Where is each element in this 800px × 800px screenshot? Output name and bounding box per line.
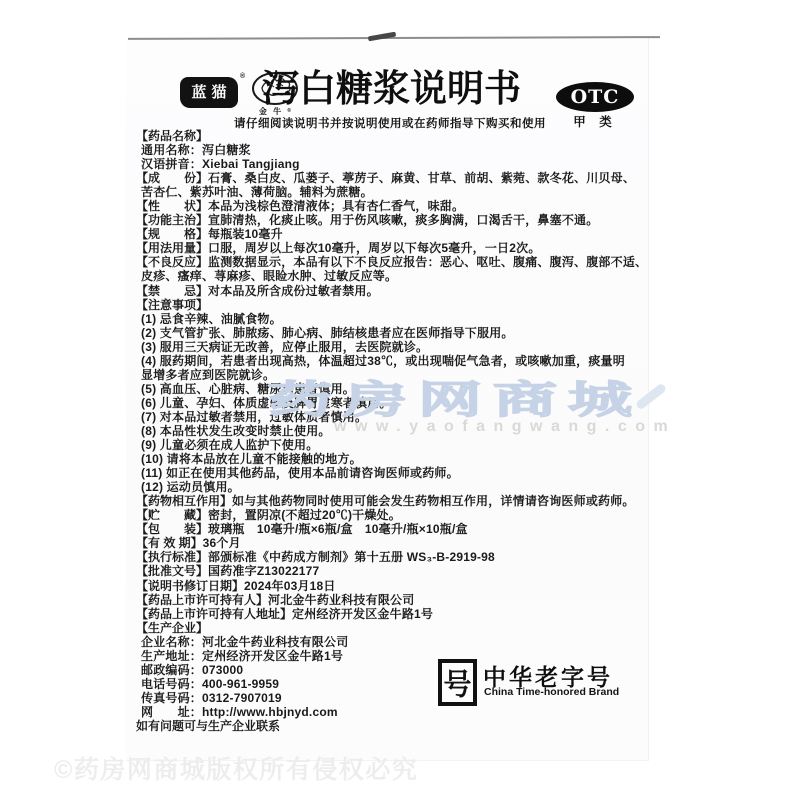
doc-line-header: 如有问题可与生产企业联系 — [136, 719, 280, 733]
doc-line-text: 2024年03月18日 — [244, 579, 336, 593]
doc-line-header: 【性 状】 — [136, 199, 208, 213]
doc-line-header: 【药品上市许可持有人】 — [136, 593, 268, 607]
doc-line-header: 【药品上市许可持有人地址】 — [136, 607, 292, 621]
doc-line: 【生产企业】 — [136, 621, 648, 635]
doc-line: 苦杏仁、紫苏叶油、薄荷脑。辅料为蔗糖。 — [136, 185, 648, 199]
doc-line: 【批准文号】国药准字Z13022177 — [136, 564, 648, 578]
doc-line-text: (5) 高血压、心脏病、糖尿病患者慎用。 — [141, 382, 355, 396]
doc-line-text: (8) 本品性状发生改变时禁止使用。 — [141, 424, 331, 438]
doc-line: 【注意事项】 — [136, 298, 648, 312]
doc-line-text: 电话号码：400-961-9959 — [141, 677, 279, 691]
doc-line-text: 国药准字Z13022177 — [208, 564, 319, 578]
doc-line-header: 【成 份】 — [136, 171, 208, 185]
doc-line-text: (1) 忌食辛辣、油腻食物。 — [141, 312, 282, 326]
doc-line-header: 【执行标准】 — [136, 550, 208, 564]
doc-line-text: (10) 请将本品放在儿童不能接触的地方。 — [141, 452, 362, 466]
doc-line: 【贮 藏】密封，置阴凉(不超过20℃)干燥处。 — [136, 508, 648, 522]
doc-line-text: 河北金牛药业科技有限公司 — [268, 593, 414, 607]
doc-line-text: 口服，周岁以上每次10毫升，周岁以下每次5毫升，一日2次。 — [208, 241, 541, 255]
copyright-watermark: ©药房网商城版权所有侵权必究 — [54, 750, 418, 786]
lanmao-logo: 蓝猫 — [180, 77, 238, 108]
doc-line-text: 对本品及所含成份过敏者禁用。 — [208, 284, 379, 298]
doc-line-header: 【批准文号】 — [136, 564, 208, 578]
doc-line-header: 【有 效 期】 — [136, 536, 203, 550]
doc-line-text: 玻璃瓶 10毫升/瓶×6瓶/盒 10毫升/瓶×10瓶/盒 — [208, 522, 468, 536]
doc-line: 【药品上市许可持有人】河北金牛药业科技有限公司 — [136, 593, 648, 607]
doc-line-header: 【说明书修订日期】 — [136, 579, 244, 593]
doc-line: 【禁 忌】对本品及所含成份过敏者禁用。 — [136, 284, 648, 298]
doc-line-text: 皮疹、瘙痒、荨麻疹、眼睑水肿、过敏反应等。 — [141, 269, 397, 283]
doc-line: 【说明书修订日期】2024年03月18日 — [136, 579, 648, 593]
doc-line-text: (3) 服用三天病证无改善，应停止服用，去医院就诊。 — [141, 340, 428, 354]
doc-line-text: 每瓶装10毫升 — [208, 227, 283, 241]
doc-line: 【有 效 期】36个月 — [136, 536, 648, 550]
doc-line: 通用名称：泻白糖浆 — [136, 143, 648, 157]
lanmao-logo-reg: ® — [240, 73, 245, 80]
doc-line-text: (11) 如正在使用其他药品，使用本品前请咨询医师或药师。 — [141, 466, 459, 480]
doc-line-text: 宣肺清热，化痰止咳。用于伤风咳嗽，痰多胸满，口渴舌干，鼻塞不通。 — [208, 213, 598, 227]
doc-line: (6) 儿童、孕妇、体质虚弱及脾胃虚寒者慎用。 — [136, 396, 648, 410]
doc-line-header: 【药物相互作用】 — [136, 494, 232, 508]
doc-line-text: 密封，置阴凉(不超过20℃)干燥处。 — [208, 508, 401, 522]
seal-glyph: 号 — [443, 662, 471, 704]
page-title: 泻白糖浆说明书 — [262, 66, 524, 112]
doc-line-text: 显增多者应到医院就诊。 — [141, 368, 275, 382]
doc-line-header: 【用法用量】 — [136, 241, 208, 255]
doc-line: (1) 忌食辛辣、油腻食物。 — [136, 312, 648, 326]
doc-line-text: 部颁标准《中药成方制剂》第十五册 WS₃-B-2919-98 — [208, 550, 495, 564]
doc-line-header: 【生产企业】 — [136, 621, 208, 635]
time-honored-brand-en: China Time-honored Brand — [484, 686, 619, 698]
doc-line: (9) 儿童必须在成人监护下使用。 — [136, 438, 648, 452]
doc-line-text: (4) 服药期间，若患者出现高热，体温超过38℃，或出现喘促气急者，或咳嗽加重，… — [141, 354, 625, 368]
doc-line: 【不良反应】监测数据显示，本品有以下不良反应报告：恶心、呕吐、腹痛、腹泻、腹部不… — [136, 255, 648, 269]
doc-line-text: (2) 支气管扩张、肺脓疡、肺心病、肺结核患者应在医师指导下服用。 — [141, 326, 514, 340]
doc-line-text: (6) 儿童、孕妇、体质虚弱及脾胃虚寒者慎用。 — [141, 396, 392, 410]
doc-line: (10) 请将本品放在儿童不能接触的地方。 — [136, 452, 648, 466]
doc-line-header: 【药品名称】 — [136, 129, 208, 143]
doc-line: 网 址：http://www.hbjnyd.com — [136, 705, 648, 719]
doc-line: (11) 如正在使用其他药品，使用本品前请咨询医师或药师。 — [136, 466, 648, 480]
doc-line: 【药品上市许可持有人地址】定州经济开发区金牛路1号 — [136, 607, 648, 621]
doc-line-text: 汉语拼音：Xiebai Tangjiang — [141, 157, 300, 171]
doc-line-header: 【禁 忌】 — [136, 284, 208, 298]
doc-line: (2) 支气管扩张、肺脓疡、肺心病、肺结核患者应在医师指导下服用。 — [136, 326, 648, 340]
otc-class-label: 甲 类 — [552, 112, 638, 130]
otc-badge: OTC — [556, 82, 634, 112]
doc-line-header: 【注意事项】 — [136, 298, 208, 312]
doc-line-text: 本品为浅棕色澄清液体；具有杏仁香气，味甜。 — [208, 199, 464, 213]
time-honored-seal-icon: 号 — [438, 659, 477, 706]
doc-line: 【药品名称】 — [136, 129, 648, 143]
doc-line: (5) 高血压、心脏病、糖尿病患者慎用。 — [136, 382, 648, 396]
doc-line-header: 【功能主治】 — [136, 213, 208, 227]
doc-line-text: 石膏、桑白皮、瓜蒌子、葶苈子、麻黄、甘草、前胡、紫菀、款冬花、川贝母、 — [208, 171, 635, 185]
doc-line-text: 定州经济开发区金牛路1号 — [292, 607, 433, 621]
doc-line-text: 通用名称：泻白糖浆 — [141, 143, 251, 157]
doc-line: 【用法用量】口服，周岁以上每次10毫升，周岁以下每次5毫升，一日2次。 — [136, 241, 648, 255]
doc-line: 皮疹、瘙痒、荨麻疹、眼睑水肿、过敏反应等。 — [136, 269, 648, 283]
doc-line-text: 监测数据显示，本品有以下不良反应报告：恶心、呕吐、腹痛、腹泻、腹部不适、 — [208, 255, 647, 269]
doc-line-text: (9) 儿童必须在成人监护下使用。 — [141, 438, 318, 452]
doc-line-header: 【包 装】 — [136, 522, 208, 536]
doc-line: 显增多者应到医院就诊。 — [136, 368, 648, 382]
doc-line: 【性 状】本品为浅棕色澄清液体；具有杏仁香气，味甜。 — [136, 199, 648, 213]
doc-line-text: 36个月 — [203, 536, 241, 550]
doc-line-text: 企业名称：河北金牛药业科技有限公司 — [141, 635, 348, 649]
doc-line-header: 【规 格】 — [136, 227, 208, 241]
doc-line: 【包 装】玻璃瓶 10毫升/瓶×6瓶/盒 10毫升/瓶×10瓶/盒 — [136, 522, 648, 536]
doc-line-text: 如与其他药物同时使用可能会发生药物相互作用，详情请咨询医师或药师。 — [232, 494, 635, 508]
doc-line: 【成 份】石膏、桑白皮、瓜蒌子、葶苈子、麻黄、甘草、前胡、紫菀、款冬花、川贝母、 — [136, 171, 648, 185]
doc-line: 汉语拼音：Xiebai Tangjiang — [136, 157, 648, 171]
doc-line: (3) 服用三天病证无改善，应停止服用，去医院就诊。 — [136, 340, 648, 354]
watermark-url: www.yaofangwang.com — [334, 418, 676, 436]
doc-line-text: 网 址：http://www.hbjnyd.com — [141, 705, 338, 719]
doc-line: 【药物相互作用】如与其他药物同时使用可能会发生药物相互作用，详情请咨询医师或药师… — [136, 494, 648, 508]
doc-line-text: 传真号码：0312-7907019 — [141, 691, 282, 705]
doc-line-header: 【不良反应】 — [136, 255, 208, 269]
doc-line: 【执行标准】部颁标准《中药成方制剂》第十五册 WS₃-B-2919-98 — [136, 550, 648, 564]
doc-line: 【功能主治】宣肺清热，化痰止咳。用于伤风咳嗽，痰多胸满，口渴舌干，鼻塞不通。 — [136, 213, 648, 227]
doc-line-text: (12) 运动员慎用。 — [141, 480, 240, 494]
doc-line-text: 苦杏仁、紫苏叶油、薄荷脑。辅料为蔗糖。 — [141, 185, 373, 199]
doc-line-header: 【贮 藏】 — [136, 508, 208, 522]
doc-line: (12) 运动员慎用。 — [136, 480, 648, 494]
doc-line-text: 邮政编码：073000 — [141, 663, 243, 677]
page: 蓝猫 ® 金 牛 ® 泻白糖浆说明书 请仔细阅读说明书并按说明使用或在药师指导下… — [0, 0, 800, 800]
doc-line: (4) 服药期间，若患者出现高热，体温超过38℃，或出现喘促气急者，或咳嗽加重，… — [136, 354, 648, 368]
doc-line: 如有问题可与生产企业联系 — [136, 719, 648, 733]
doc-line: 企业名称：河北金牛药业科技有限公司 — [136, 635, 648, 649]
doc-line: 【规 格】每瓶装10毫升 — [136, 227, 648, 241]
doc-line-text: 生产地址：定州经济开发区金牛路1号 — [141, 649, 343, 663]
